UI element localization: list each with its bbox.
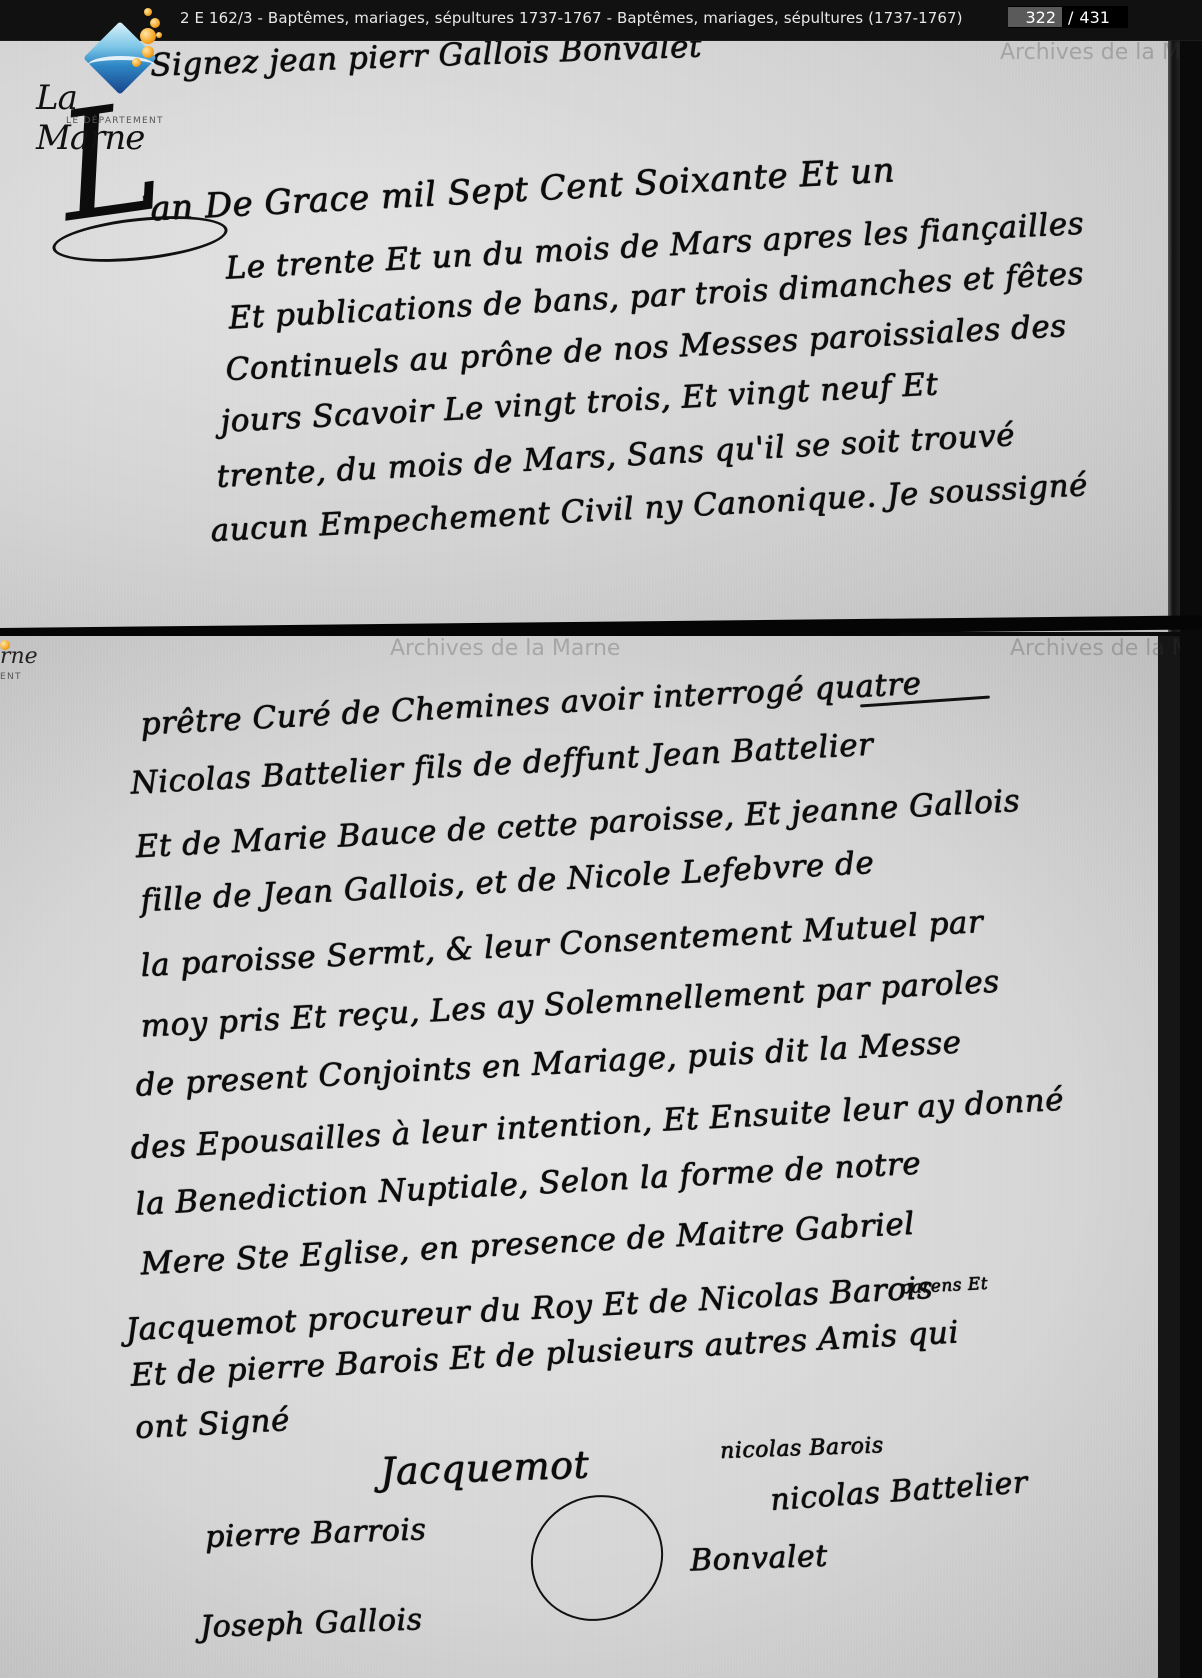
page-separator: / — [1068, 8, 1073, 27]
signature-nicolas-barois: nicolas Barois — [720, 1433, 884, 1464]
signature-nicolas-battelier: nicolas Battelier — [769, 1465, 1029, 1518]
logo-dot-icon — [156, 32, 162, 38]
logo-dot-icon — [0, 640, 10, 650]
logo-dot-icon — [140, 28, 156, 44]
scan-panel-top[interactable]: Archives de la Marne Signez jean pierr G… — [0, 0, 1180, 632]
signature-joseph-gallois: Joseph Gallois — [199, 1602, 422, 1645]
signature-jacquemot: Jacquemot — [379, 1442, 590, 1493]
logo-dot-icon — [142, 46, 154, 58]
logo-dot-icon — [144, 8, 152, 16]
margin-fragment-sub: ENT — [0, 672, 22, 682]
current-page-input[interactable] — [1008, 7, 1062, 27]
scan-panel-bottom[interactable]: Archives de la Marne Archives de la Marn… — [0, 636, 1180, 1678]
watermark-text: Archives de la Marne — [1010, 636, 1180, 661]
total-pages: 431 — [1079, 8, 1110, 27]
page-fold-shadow — [1168, 40, 1180, 632]
viewer-header-bar: 2 E 162/3 - Baptêmes, mariages, sépultur… — [0, 0, 1202, 41]
document-title: 2 E 162/3 - Baptêmes, mariages, sépultur… — [180, 9, 963, 27]
handwriting-line: Et de Marie Bauce de cette paroisse, Et … — [135, 783, 1021, 865]
logo-subtitle: LE DÉPARTEMENT — [66, 116, 164, 126]
handwriting-line: ont Signé — [134, 1402, 290, 1446]
logo-wave-icon — [88, 56, 154, 74]
signature-flourish — [510, 1473, 684, 1642]
logo-dot-icon — [132, 58, 141, 67]
signature-pierre-barrois: pierre Barrois — [204, 1512, 426, 1555]
signature-bonvalet: Bonvalet — [689, 1539, 828, 1579]
handwriting-line: 'an De Grace mil Sept Cent Soixante Et u… — [139, 150, 895, 229]
page-edge-shadow — [1158, 636, 1180, 1678]
handwriting-line: Mere Ste Eglise, en presence de Maitre G… — [140, 1206, 916, 1283]
handwriting-line: Nicolas Battelier fils de deffunt Jean B… — [130, 727, 875, 802]
la-marne-logo[interactable]: La Marne LE DÉPARTEMENT — [36, 10, 176, 140]
interlinear-note: parens Et — [900, 1274, 989, 1299]
page-navigator: / 431 — [1008, 6, 1128, 28]
watermark-text: Archives de la Marne — [390, 636, 620, 661]
document-viewer[interactable]: Archives de la Marne Signez jean pierr G… — [0, 0, 1202, 1678]
watermark-text: Archives de la Marne — [1000, 40, 1180, 65]
logo-dot-icon — [150, 18, 160, 28]
